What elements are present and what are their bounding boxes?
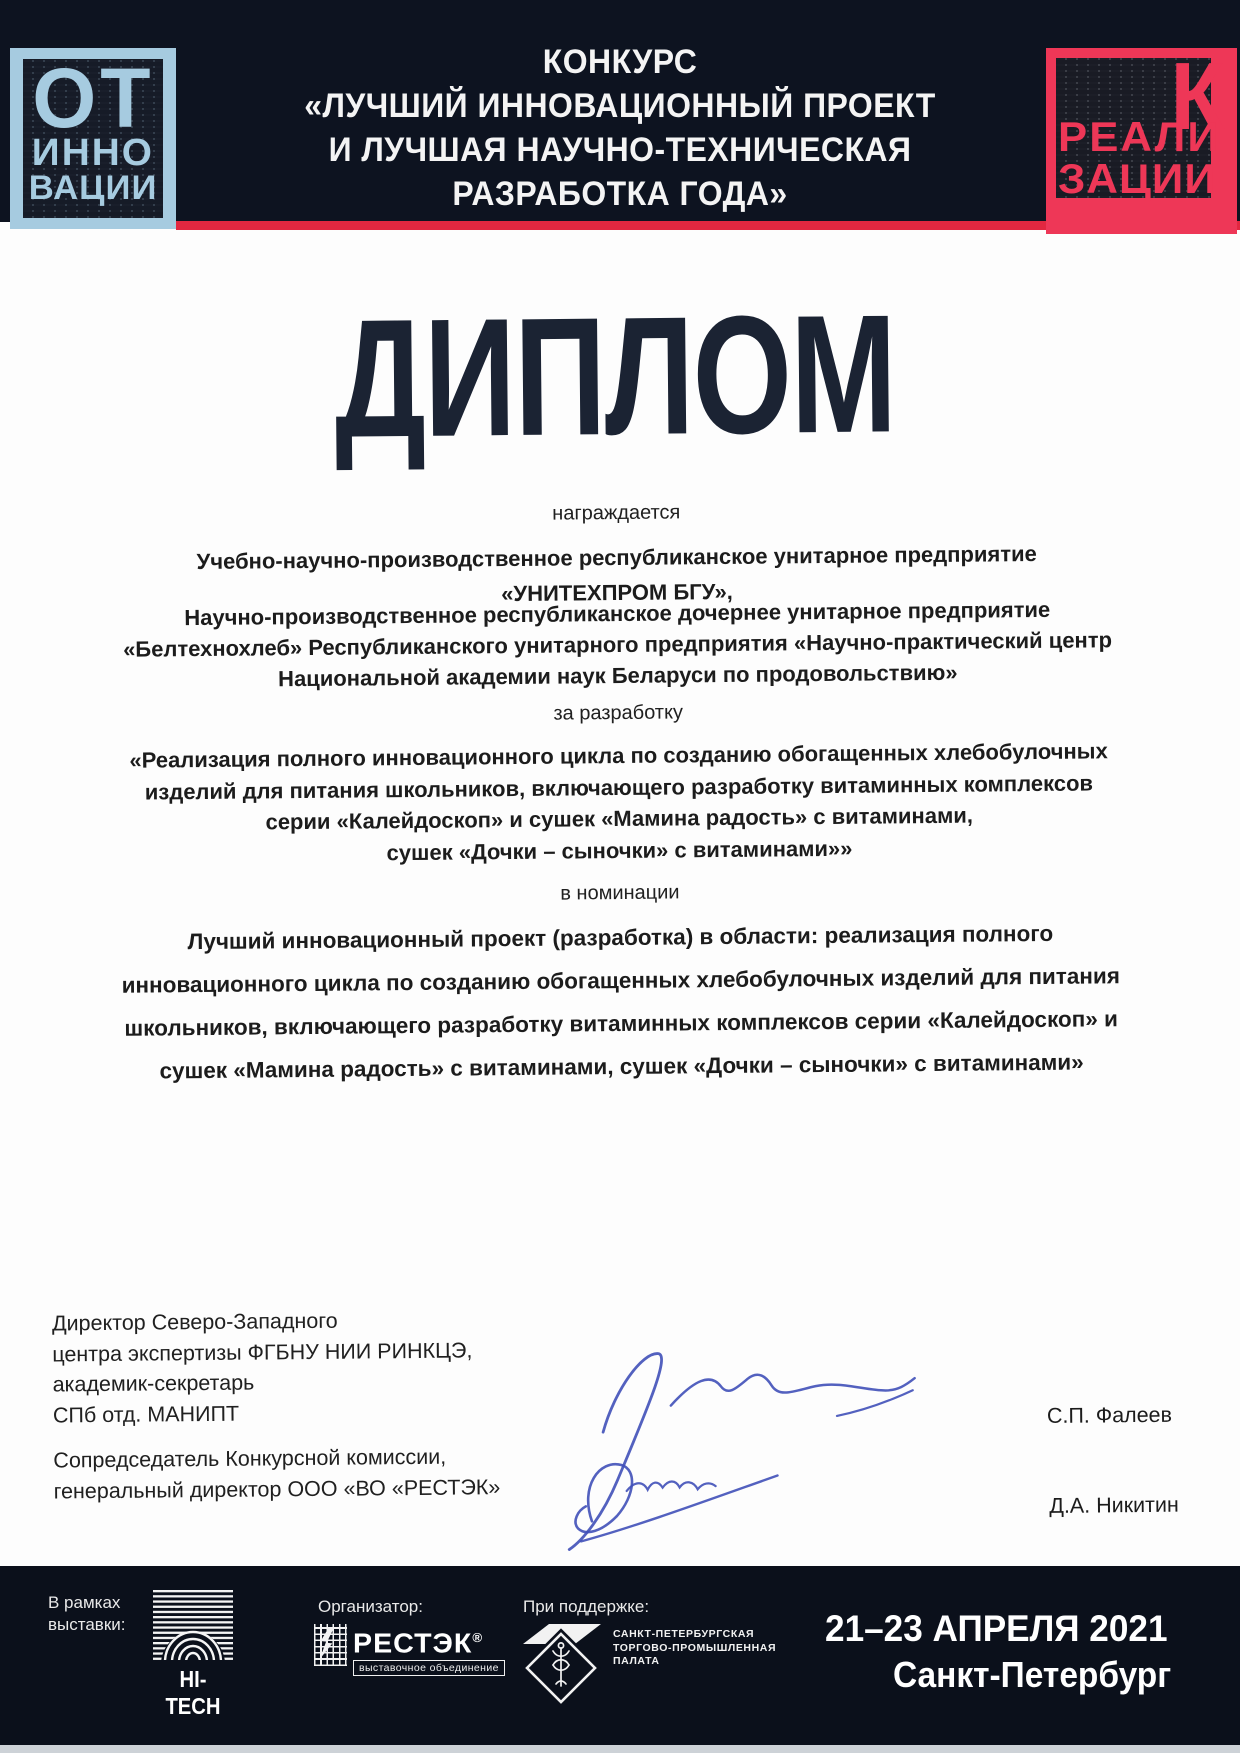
handwritten-signatures-ink — [484, 1327, 926, 1556]
project-description: «Реализация полного инновационного цикла… — [0, 734, 1240, 872]
organizer-label: Организатор: — [318, 1596, 423, 1618]
within-exhibition-label: В рамках выставки: — [48, 1592, 126, 1636]
hitech-logo-icon: HI-TECH — [150, 1590, 236, 1720]
chamber-logo-icon: САНКТ-ПЕТЕРБУРГСКАЯ ТОРГОВО-ПРОМЫШЛЕННАЯ… — [515, 1618, 776, 1710]
signatory-1-role-line: центра экспертизы ФГБНУ НИИ РИНКЦЭ, — [52, 1335, 472, 1370]
support-label: При поддержке: — [523, 1596, 649, 1618]
hitech-logo-label: HI-TECH — [155, 1666, 231, 1720]
signatory-1-role-line: СПб отд. МАНИПТ — [53, 1396, 473, 1431]
scan-bottom-edge — [0, 1745, 1240, 1753]
restec-logo-icon: РЕСТЭК® выставочное объединение — [314, 1624, 505, 1676]
event-dates: 21–23 АПРЕЛЯ 2021 — [825, 1610, 1167, 1647]
footer-band: В рамках выставки: HI-TEC — [0, 1566, 1240, 1745]
nomination-label: в номинации — [0, 876, 1240, 911]
recipient-secondary: Научно-производственное республиканское … — [0, 592, 1238, 697]
chamber-emblem-icon — [515, 1618, 607, 1710]
event-city: Санкт-Петербург — [893, 1657, 1171, 1693]
signatory-1-role-line: академик-секретарь — [52, 1365, 472, 1400]
signatory-1-role-line: Директор Северо-Западного — [52, 1304, 472, 1339]
signatory-2-role-line: Сопредседатель Конкурсной комиссии, — [53, 1441, 500, 1476]
restec-sub-label: выставочное объединение — [353, 1660, 505, 1676]
signatory-2-role: Сопредседатель Конкурсной комиссии, гене… — [53, 1441, 500, 1506]
awarded-label: награждается — [0, 496, 1236, 531]
diploma-page: КОНКУРС «ЛУЧШИЙ ИННОВАЦИОННЫЙ ПРОЕКТ И Л… — [0, 0, 1240, 1753]
signatory-2-name: Д.А. Никитин — [1049, 1493, 1179, 1519]
diploma-title: ДИПЛОМ — [143, 292, 1087, 461]
restec-logo-label: РЕСТЭК — [353, 1627, 472, 1658]
for-development-label: за разработку — [0, 696, 1238, 731]
signatory-1-name: С.П. Фалеев — [1047, 1403, 1172, 1429]
chamber-name: САНКТ-ПЕТЕРБУРГСКАЯ ТОРГОВО-ПРОМЫШЛЕННАЯ… — [613, 1628, 776, 1669]
signatory-2-role-line: генеральный директор ООО «ВО «РЕСТЭК» — [54, 1472, 501, 1507]
signatory-1-role: Директор Северо-Западного центра эксперт… — [52, 1304, 473, 1430]
nomination-description: Лучший инновационный проект (разработка)… — [0, 910, 1240, 1094]
hitech-stripes-icon — [150, 1590, 236, 1660]
document-body: ДИПЛОМ награждается Учебно-научно-произв… — [0, 0, 1240, 1566]
registered-mark-icon: ® — [472, 1630, 483, 1645]
restec-grid-icon — [314, 1624, 347, 1666]
